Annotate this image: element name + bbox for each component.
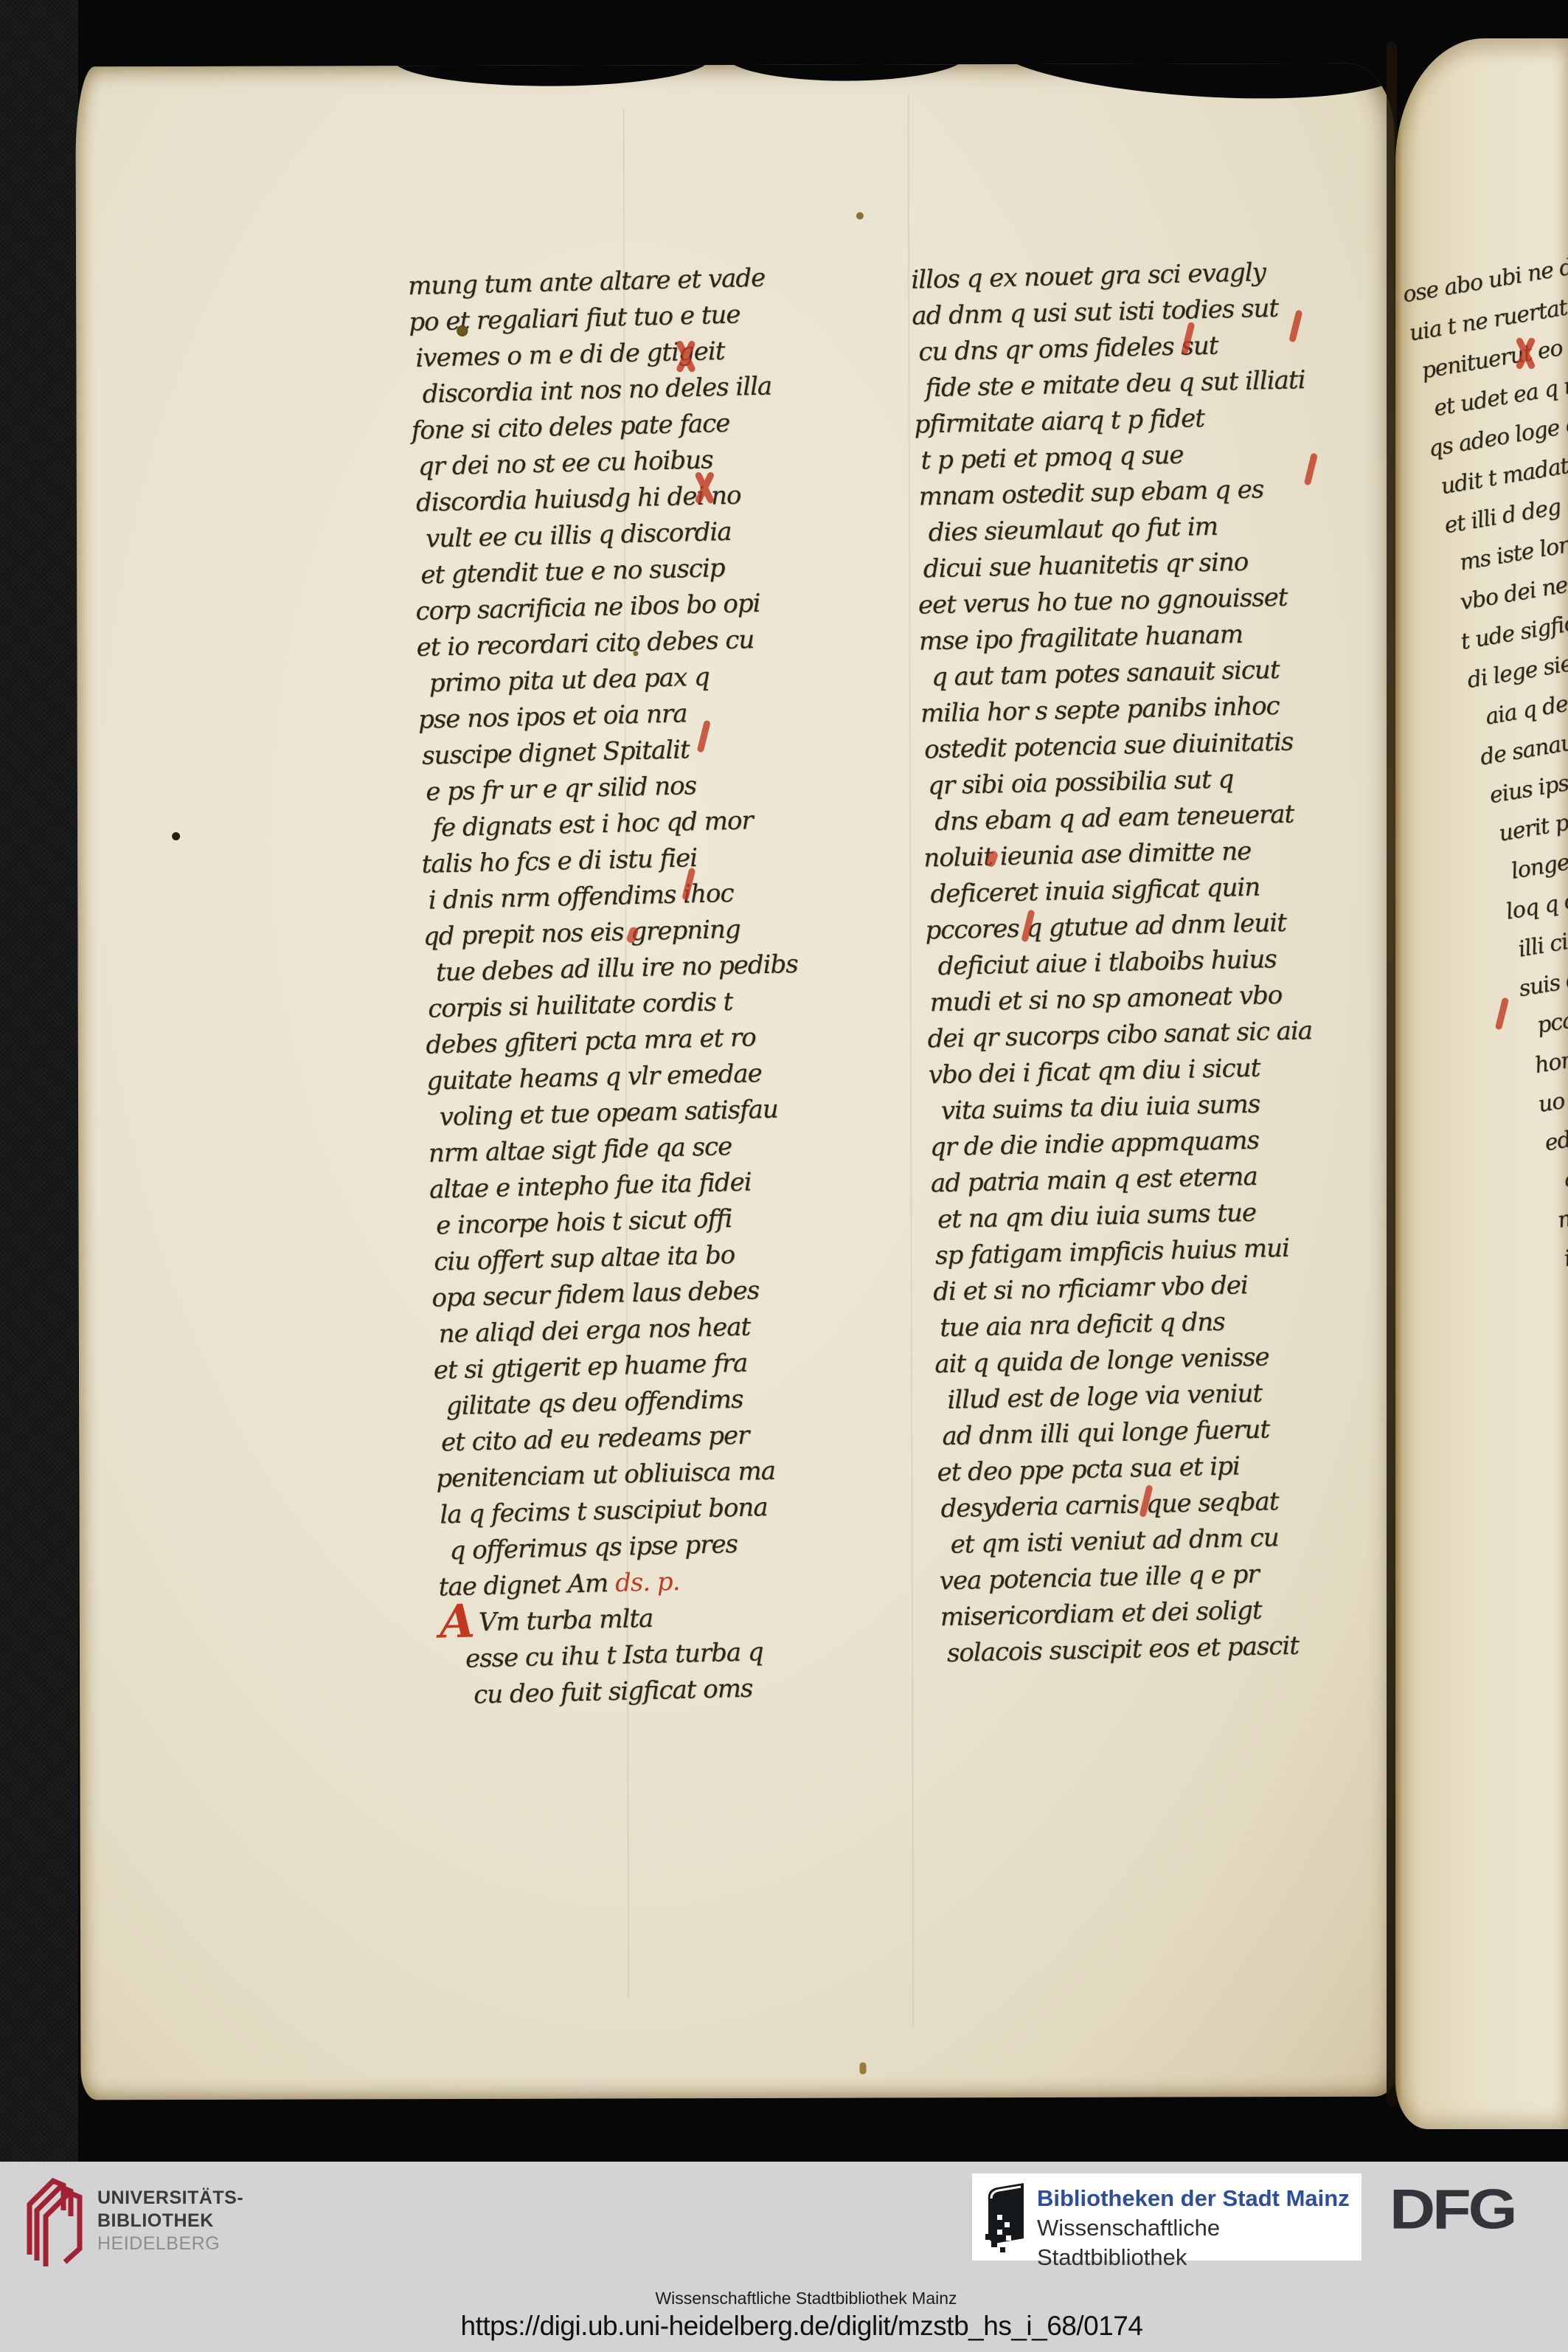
mainz-title: Bibliotheken der Stadt Mainz bbox=[1037, 2184, 1361, 2213]
mainz-logo-text: Bibliotheken der Stadt Mainz Wissenschaf… bbox=[1037, 2184, 1361, 2272]
right-column: illos q ex nouet gra sci evaglyad dnm q … bbox=[911, 252, 1400, 1673]
book-cradle-fabric bbox=[0, 0, 78, 2162]
ub-heidelberg-logo-icon bbox=[19, 2172, 93, 2269]
page-edge-wave bbox=[988, 63, 1399, 110]
page-edge-wave bbox=[392, 63, 710, 87]
rubric-initial: A bbox=[439, 1594, 475, 1648]
wormhole-speck bbox=[856, 212, 864, 220]
wormhole-speck bbox=[457, 325, 468, 336]
digitized-scan-stage: mung tum ante altare et vadepo et regali… bbox=[0, 0, 1568, 2352]
ink-speck bbox=[859, 2063, 866, 2075]
dfg-logo: DFG bbox=[1390, 2178, 1515, 2242]
mainz-library-logo: Bibliotheken der Stadt Mainz Wissenschaf… bbox=[972, 2173, 1361, 2261]
mainz-book-icon bbox=[981, 2181, 1033, 2255]
rubric-flourish: ds. p. bbox=[608, 1567, 680, 1598]
library-caption: Wissenschaftliche Stadtbibliothek Mainz bbox=[22, 2289, 1568, 2308]
persistent-url: https://digi.ub.uni-heidelberg.de/diglit… bbox=[18, 2311, 1568, 2342]
rubrication-mark bbox=[1495, 997, 1509, 1031]
mainz-subtitle: Wissenschaftliche Stadtbibliothek bbox=[1037, 2213, 1361, 2272]
next-page-edge: ose abo ubi ne duia t ne ruertatpenituer… bbox=[1395, 38, 1568, 2129]
ink-speck bbox=[633, 651, 638, 656]
left-column: mung tum ante altare et vadepo et regali… bbox=[408, 257, 914, 1715]
ink-speck bbox=[172, 832, 180, 840]
manuscript-page: mung tum ante altare et vadepo et regali… bbox=[75, 63, 1399, 2100]
digitization-footer: UNIVERSITÄTS- BIBLIOTHEK HEIDELBERG Bibl… bbox=[0, 2162, 1568, 2352]
ubh-line1: UNIVERSITÄTS- bbox=[97, 2187, 243, 2210]
next-page-column: ose abo ubi ne duia t ne ruertatpenituer… bbox=[1400, 212, 1568, 1741]
ub-heidelberg-logo-text: UNIVERSITÄTS- BIBLIOTHEK HEIDELBERG bbox=[97, 2187, 243, 2255]
ubh-line3: HEIDELBERG bbox=[97, 2232, 243, 2255]
page-edge-wave bbox=[724, 63, 968, 81]
ubh-line2: BIBLIOTHEK bbox=[97, 2210, 243, 2232]
